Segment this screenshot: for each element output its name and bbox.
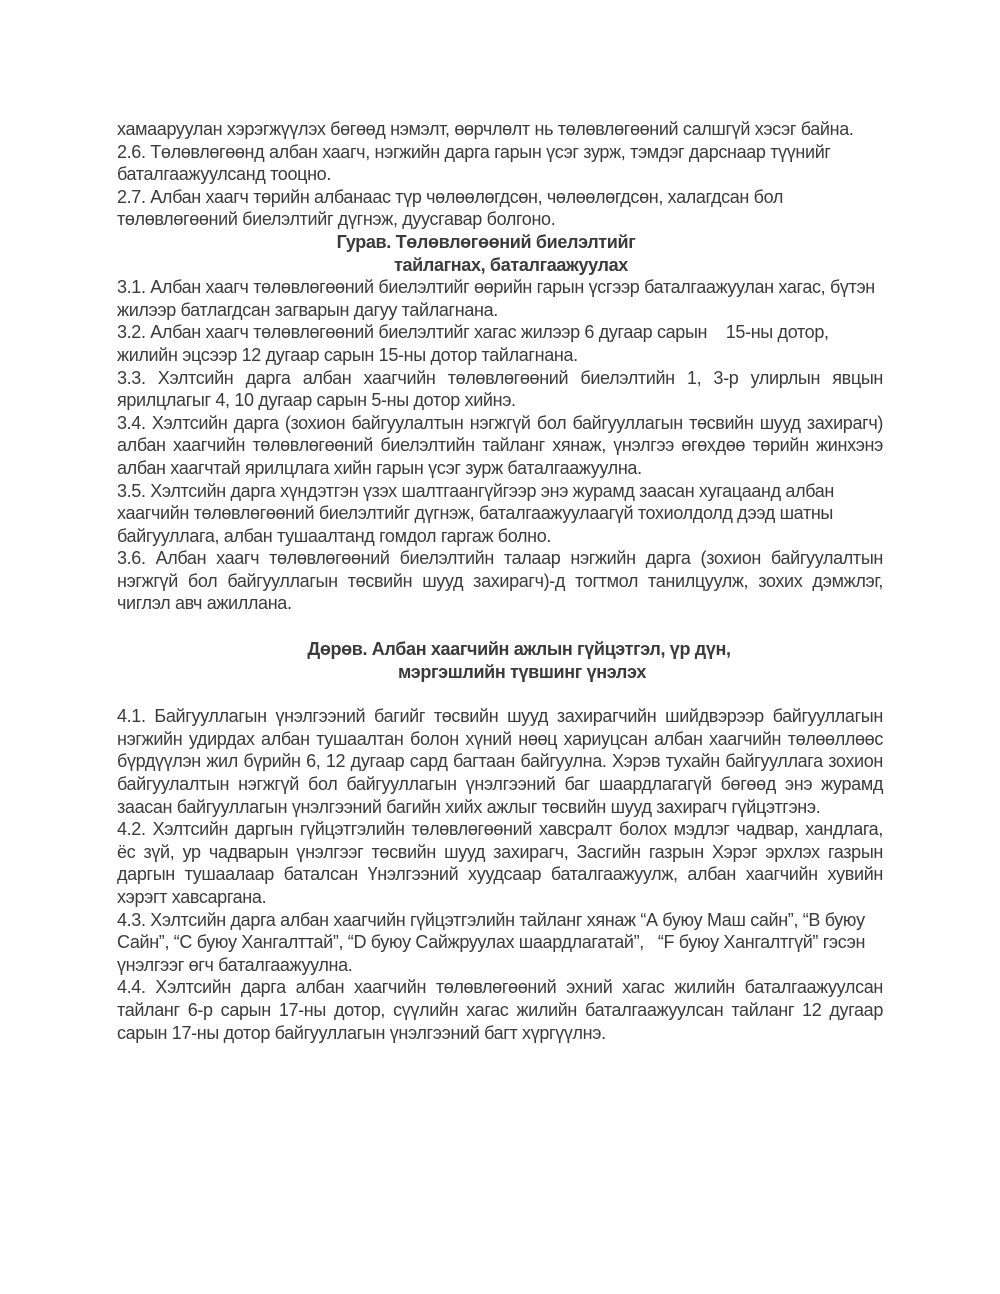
paragraph-2-6: 2.6. Төлөвлөгөөнд албан хаагч, нэгжийн д… [117, 141, 883, 186]
paragraph-3-1: 3.1. Албан хаагч төлөвлөгөөний биелэлтий… [117, 276, 883, 321]
paragraph-4-4: 4.4. Хэлтсийн дарга албан хаагчийн төлөв… [117, 976, 883, 1044]
paragraph-4-3: 4.3. Хэлтсийн дарга албан хаагчийн гүйцэ… [117, 909, 883, 977]
section-4-heading-line-2: мэргэшлийн түвшинг үнэлэх [161, 661, 883, 684]
section-4-heading: Дөрөв. Албан хаагчийн ажлын гүйцэтгэл, ү… [117, 638, 883, 683]
paragraph-3-4: 3.4. Хэлтсийн дарга (зохион байгуулалтын… [117, 412, 883, 480]
paragraph-3-5: 3.5. Хэлтсийн дарга хүндэтгэн үзэх шалтг… [117, 480, 883, 548]
paragraph-2-7: 2.7. Албан хаагч төрийн албанаас түр чөл… [117, 186, 883, 231]
section-3-heading: Гурав. Төлөвлөгөөний биелэлтийг тайлагна… [117, 231, 883, 276]
section-3-heading-line-2: тайлагнах, баталгаажуулах [139, 254, 883, 277]
section-3-heading-line-1: Гурав. Төлөвлөгөөний биелэлтийг [89, 231, 883, 254]
paragraph-3-3: 3.3. Хэлтсийн дарга албан хаагчийн төлөв… [117, 367, 883, 412]
paragraph-3-6: 3.6. Албан хаагч төлөвлөгөөний биелэлтий… [117, 547, 883, 615]
paragraph-4-1: 4.1. Байгууллагын үнэлгээний багийг төсв… [117, 705, 883, 818]
document-page: хамааруулан хэрэгжүүлэх бөгөөд нэмэлт, ө… [117, 118, 883, 1044]
paragraph-3-2: 3.2. Албан хаагч төлөвлөгөөний биелэлтий… [117, 321, 883, 366]
paragraph-2-5-continuation: хамааруулан хэрэгжүүлэх бөгөөд нэмэлт, ө… [117, 118, 883, 141]
paragraph-4-2: 4.2. Хэлтсийн даргын гүйцэтгэлийн төлөвл… [117, 818, 883, 908]
section-4-heading-line-1: Дөрөв. Албан хаагчийн ажлын гүйцэтгэл, ү… [155, 638, 883, 661]
